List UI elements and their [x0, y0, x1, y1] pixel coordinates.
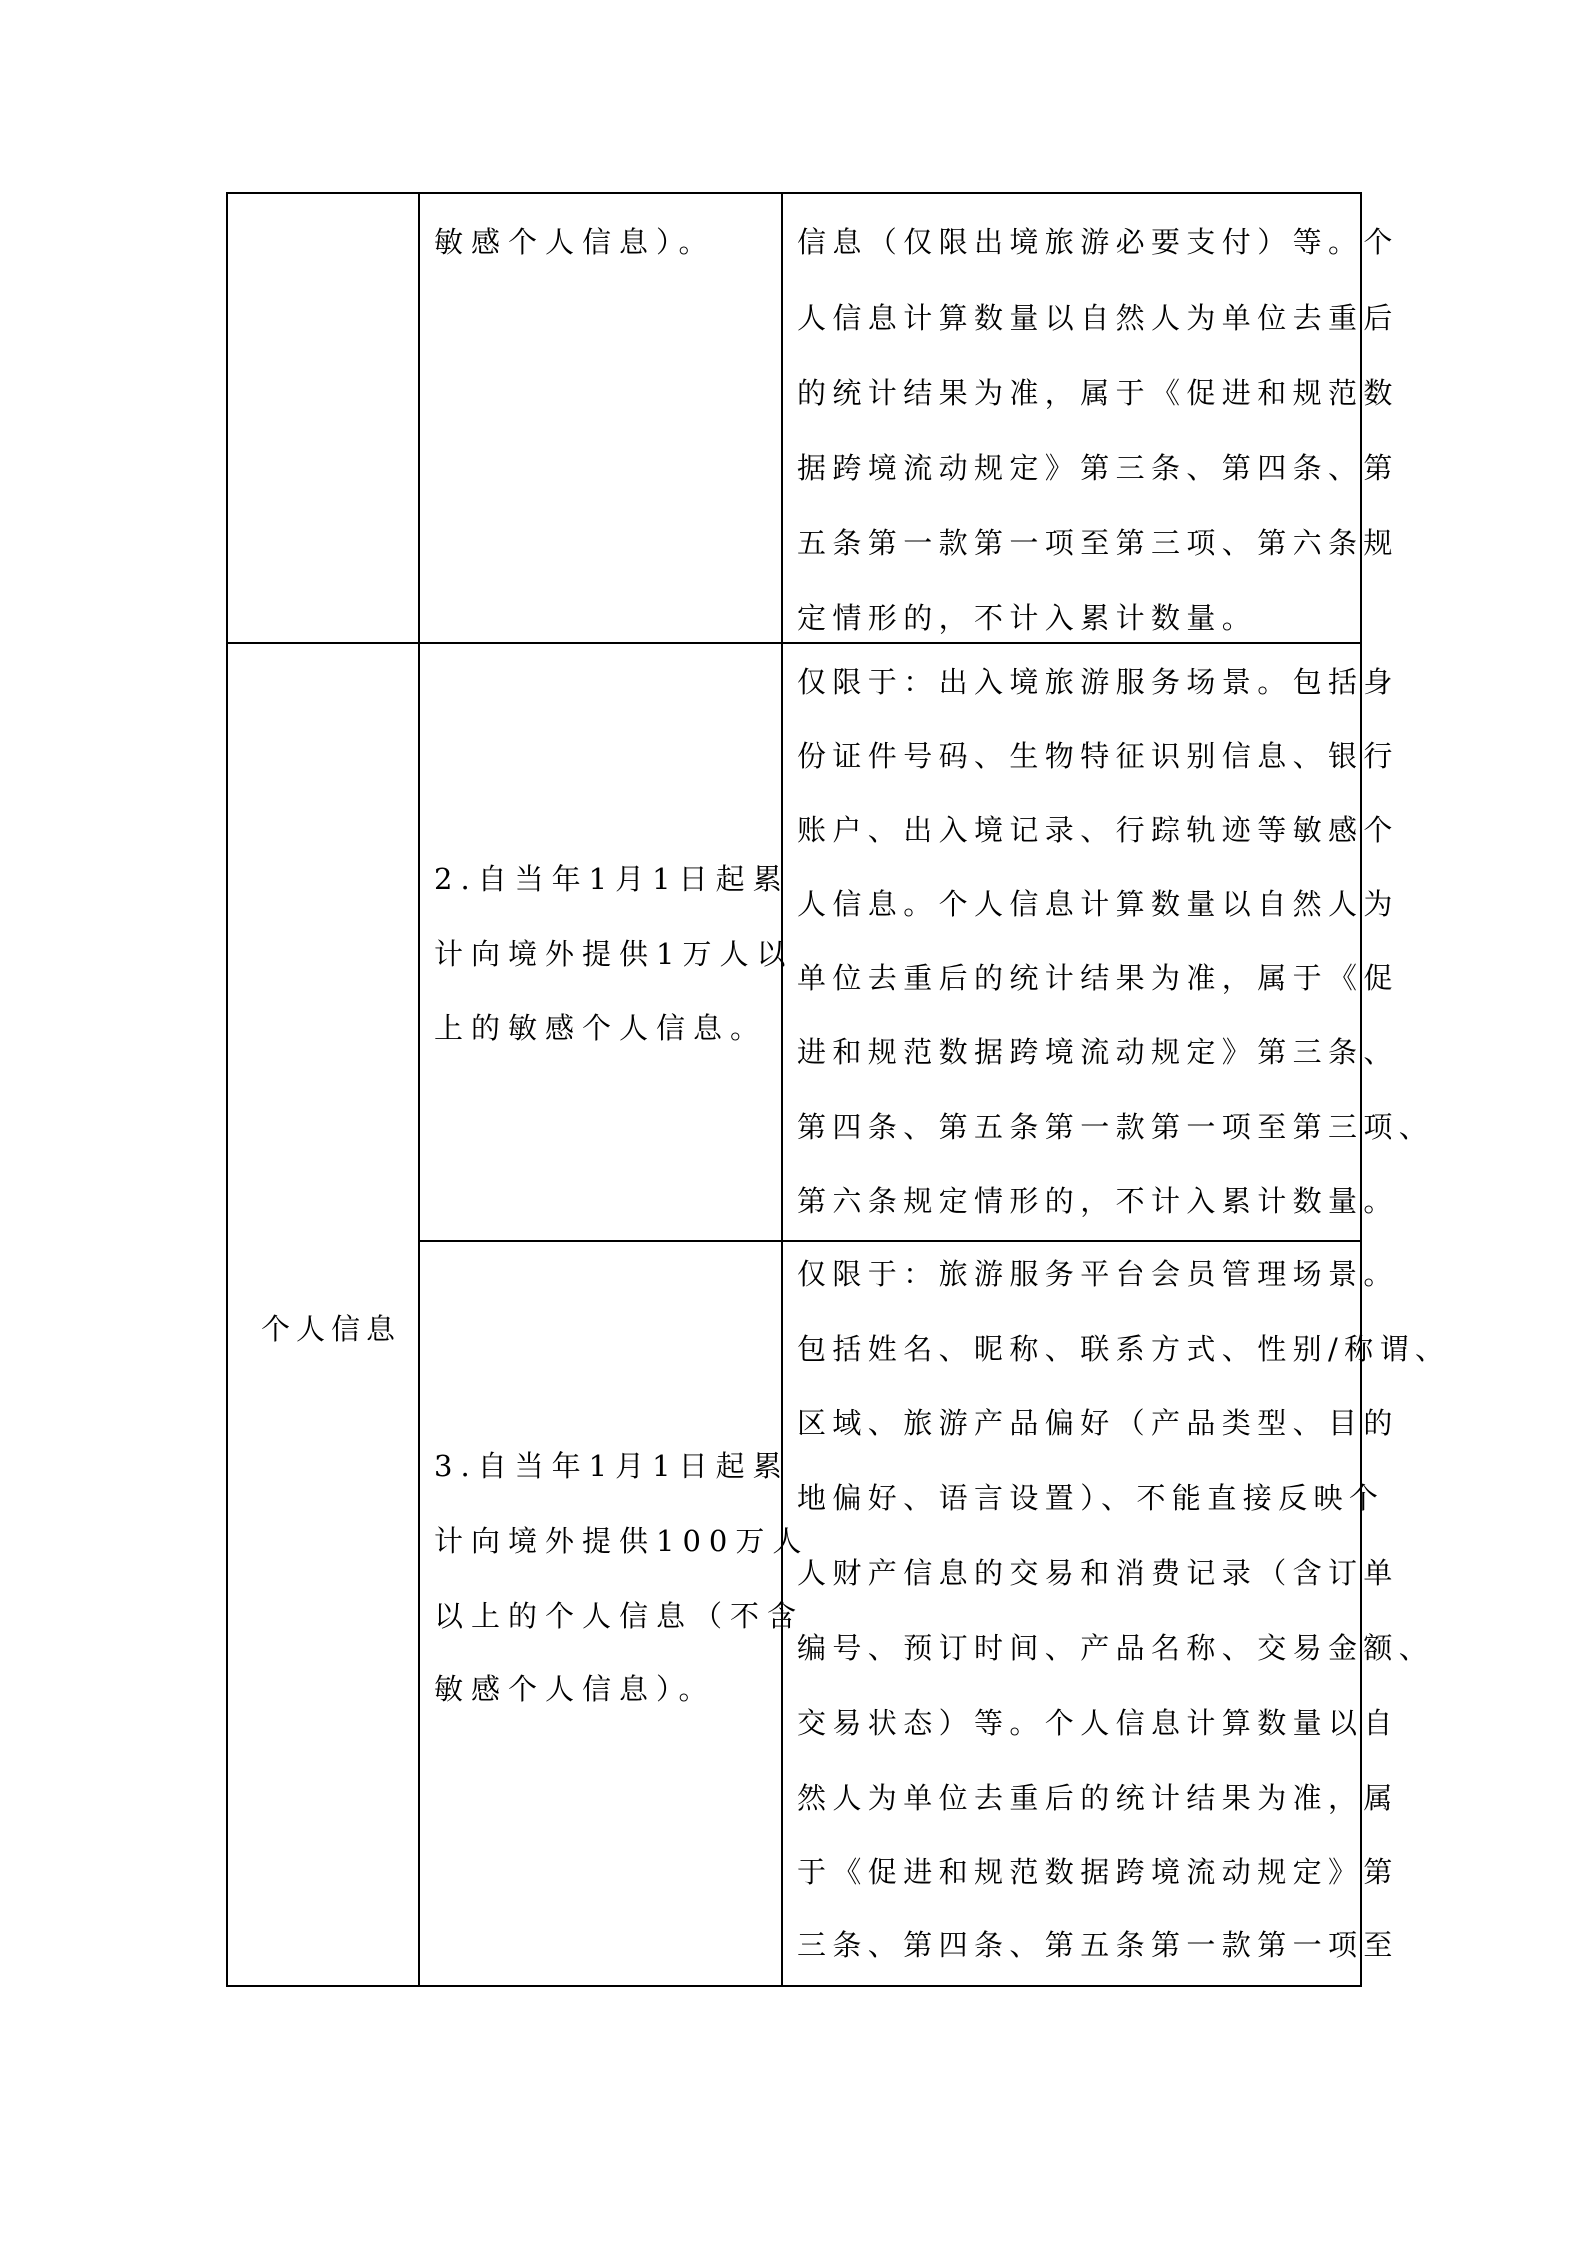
category-label: 个人信息	[261, 1291, 401, 1367]
scope-line: 然人为单位去重后的统计结果为准，属	[797, 1760, 1399, 1836]
scope-line: 区域、旅游产品偏好（产品类型、目的	[797, 1385, 1399, 1461]
scope-line: 据跨境流动规定》第三条、第四条、第	[797, 430, 1399, 506]
condition-line: 敏感个人信息）。	[434, 204, 716, 280]
condition-line: 2.自当年1月1日起累	[434, 841, 790, 917]
scope-line: 单位去重后的统计结果为准，属于《促	[797, 940, 1399, 1016]
scope-line: 人信息计算数量以自然人为单位去重后	[797, 280, 1399, 356]
condition-line: 3.自当年1月1日起累	[434, 1428, 790, 1504]
scope-line: 地偏好、语言设置）、不能直接反映个	[797, 1460, 1384, 1536]
condition-cell-row-2: 2.自当年1月1日起累 计向境外提供1万人以 上的敏感个人信息。	[434, 644, 774, 1240]
scope-line: 的统计结果为准，属于《促进和规范数	[797, 355, 1399, 431]
scope-line: 编号、预订时间、产品名称、交易金额、	[797, 1610, 1434, 1686]
scope-line: 信息（仅限出境旅游必要支付）等。个	[797, 204, 1399, 280]
scope-line: 仅限于：旅游服务平台会员管理场景。	[797, 1236, 1399, 1312]
scope-line: 份证件号码、生物特征识别信息、银行	[797, 718, 1399, 794]
condition-cell-row-3: 3.自当年1月1日起累 计向境外提供100万人 以上的个人信息（不含 敏感个人信…	[434, 1242, 774, 1985]
data-category-table: 个人信息 敏感个人信息）。 信息（仅限出境旅游必要支付）等。个 人信息计算数量以…	[226, 192, 1362, 1987]
condition-line: 计向境外提供100万人	[434, 1503, 809, 1579]
column-divider-2	[781, 194, 783, 1985]
scope-cell-row-3: 仅限于：旅游服务平台会员管理场景。 包括姓名、昵称、联系方式、性别/称谓、 区域…	[797, 1242, 1357, 1985]
condition-line: 上的敏感个人信息。	[434, 990, 767, 1066]
scope-line: 进和规范数据跨境流动规定》第三条、	[797, 1014, 1399, 1090]
scope-line: 第四条、第五条第一款第一项至第三项、	[797, 1089, 1434, 1165]
scope-cell-row-2: 仅限于：出入境旅游服务场景。包括身 份证件号码、生物特征识别信息、银行 账户、出…	[797, 644, 1357, 1240]
scope-line: 于《促进和规范数据跨境流动规定》第	[797, 1834, 1399, 1910]
scope-line: 交易状态）等。个人信息计算数量以自	[797, 1685, 1399, 1761]
condition-cell-row-1: 敏感个人信息）。	[434, 194, 774, 642]
column-divider-1	[418, 194, 420, 1985]
scope-line: 仅限于：出入境旅游服务场景。包括身	[797, 644, 1399, 720]
category-cell: 个人信息	[228, 194, 418, 1985]
scope-line: 账户、出入境记录、行踪轨迹等敏感个	[797, 792, 1399, 868]
condition-line: 敏感个人信息）。	[434, 1651, 716, 1727]
scope-cell-row-1: 信息（仅限出境旅游必要支付）等。个 人信息计算数量以自然人为单位去重后 的统计结…	[797, 194, 1357, 642]
scope-line: 五条第一款第一项至第三项、第六条规	[797, 505, 1399, 581]
scope-line: 包括姓名、昵称、联系方式、性别/称谓、	[797, 1311, 1450, 1387]
scope-line: 第六条规定情形的，不计入累计数量。	[797, 1163, 1399, 1239]
condition-line: 计向境外提供1万人以	[434, 916, 793, 992]
scope-line: 人信息。个人信息计算数量以自然人为	[797, 866, 1399, 942]
document-page: 个人信息 敏感个人信息）。 信息（仅限出境旅游必要支付）等。个 人信息计算数量以…	[0, 0, 1587, 2245]
scope-line: 三条、第四条、第五条第一款第一项至	[797, 1907, 1399, 1983]
condition-line: 以上的个人信息（不含	[434, 1578, 804, 1654]
scope-line: 人财产信息的交易和消费记录（含订单	[797, 1535, 1399, 1611]
